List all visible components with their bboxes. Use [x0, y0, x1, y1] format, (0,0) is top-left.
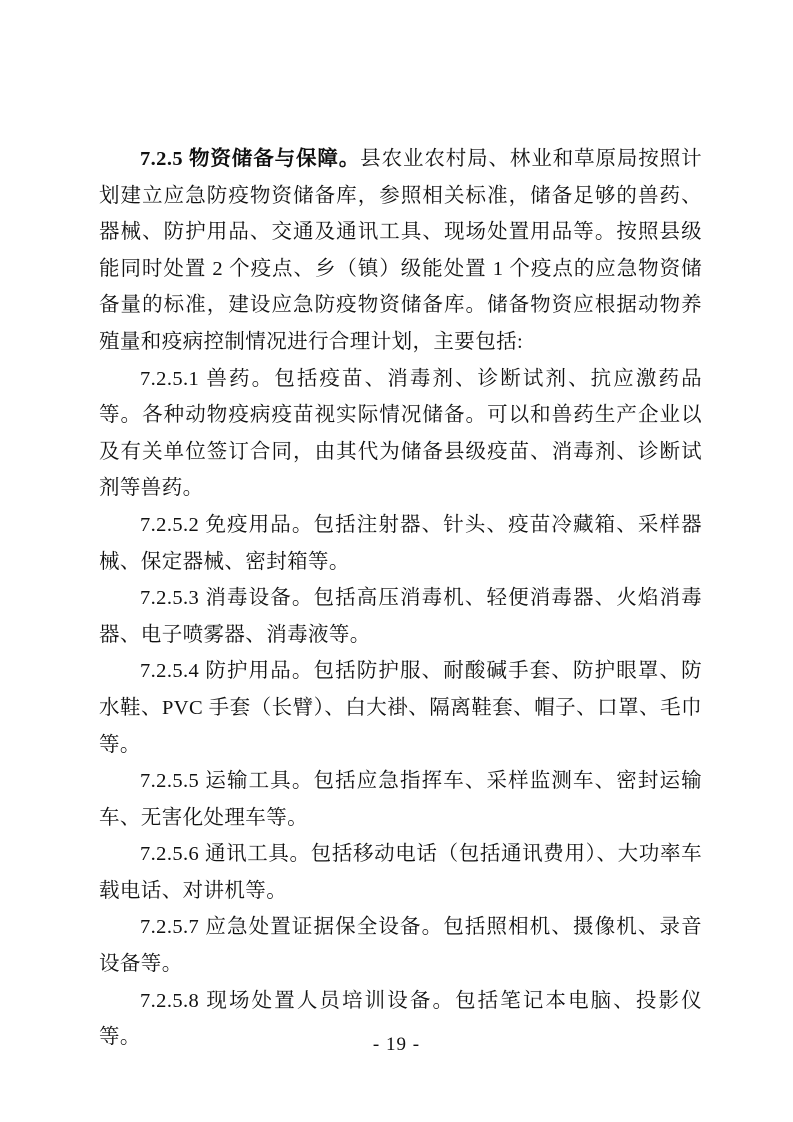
intro-text: 县农业农村局、林业和草原局按照计划建立应急防疫物资储备库，参照相关标准，储备足够… [99, 148, 702, 353]
section-item-7-2-5-6: 7.2.5.6 通讯工具。包括移动电话（包括通讯费用）、大功率车载电话、对讲机等… [99, 836, 702, 909]
section-item-7-2-5-7: 7.2.5.7 应急处置证据保全设备。包括照相机、摄像机、录音设备等。 [99, 909, 702, 982]
page-number: - 19 - [0, 1031, 793, 1059]
section-heading: 7.2.5 物资储备与保障。 [140, 148, 360, 170]
section-item-7-2-5-4: 7.2.5.4 防护用品。包括防护服、耐酸碱手套、防护眼罩、防水鞋、PVC 手套… [99, 653, 702, 763]
intro-paragraph: 7.2.5 物资储备与保障。县农业农村局、林业和草原局按照计划建立应急防疫物资储… [99, 141, 702, 361]
section-item-7-2-5-3: 7.2.5.3 消毒设备。包括高压消毒机、轻便消毒器、火焰消毒器、电子喷雾器、消… [99, 580, 702, 653]
section-item-7-2-5-1: 7.2.5.1 兽药。包括疫苗、消毒剂、诊断试剂、抗应激药品等。各种动物疫病疫苗… [99, 361, 702, 507]
page-body-text: 7.2.5 物资储备与保障。县农业农村局、林业和草原局按照计划建立应急防疫物资储… [99, 141, 702, 1056]
document-page: 7.2.5 物资储备与保障。县农业农村局、林业和草原局按照计划建立应急防疫物资储… [0, 0, 793, 1122]
section-item-7-2-5-5: 7.2.5.5 运输工具。包括应急指挥车、采样监测车、密封运输车、无害化处理车等… [99, 763, 702, 836]
section-item-7-2-5-2: 7.2.5.2 免疫用品。包括注射器、针头、疫苗冷藏箱、采样器械、保定器械、密封… [99, 507, 702, 580]
